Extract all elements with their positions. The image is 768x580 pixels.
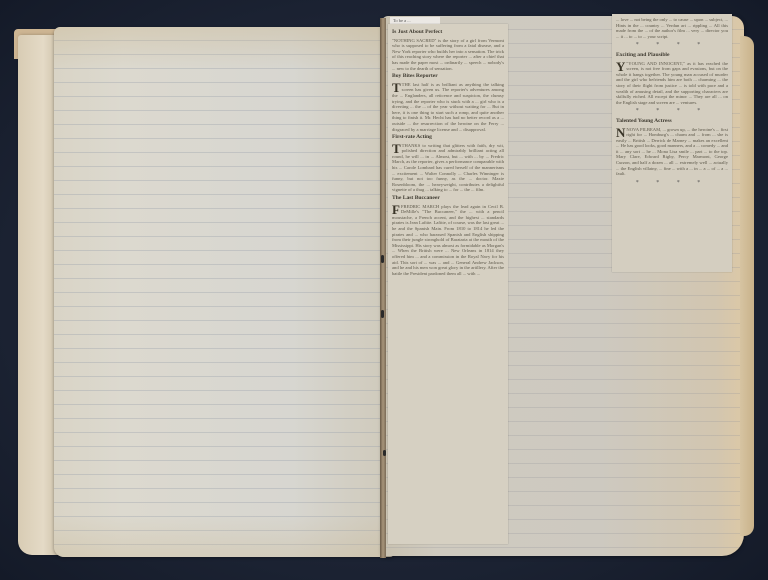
scrapbook-photo: To be a ... Is Just About Perfect "NOTHI…	[0, 0, 768, 580]
binding-ring	[381, 310, 384, 318]
clipping-text: F FREDRIC MARCH plays the lead again in …	[392, 204, 504, 277]
book-spine	[380, 18, 386, 558]
dropcap: T	[392, 143, 401, 154]
clipping-text: ... love ... not being the only ... to c…	[616, 17, 728, 39]
dropcap: F	[392, 204, 400, 215]
clipping-heading: Is Just About Perfect	[392, 30, 504, 36]
paper-tab-label: To be a ...	[390, 17, 440, 24]
dropcap: T	[392, 82, 401, 93]
clipping-text: Y "YOUNG AND INNOCENT," as it has reache…	[616, 61, 728, 106]
left-page-group	[10, 27, 388, 557]
clipping-heading: Boy Bites Reporter	[392, 74, 504, 80]
separator-stars: * * * *	[616, 181, 728, 187]
clipping-heading: Exciting and Plausible	[616, 53, 728, 59]
dropcap: N	[616, 127, 625, 138]
newspaper-clipping-column-3: ... love ... not being the only ... to c…	[612, 14, 732, 272]
separator-stars: * * * *	[616, 109, 728, 115]
clipping-text: T THANKS to writing that glitters with f…	[392, 143, 504, 193]
clipping-text: T THE last half is as brilliant as anyth…	[392, 82, 504, 132]
newspaper-clipping-column-1: Is Just About Perfect "NOTHING SACRED" i…	[388, 24, 508, 544]
clipping-text: "NOTHING SACRED" is the story of a girl …	[392, 38, 504, 72]
binding-ring	[383, 450, 386, 456]
clipping-heading: The Last Buccaneer	[392, 196, 504, 202]
binding-ring	[381, 255, 384, 263]
dropcap: Y	[616, 61, 625, 72]
clipping-heading: First-rate Acting	[392, 135, 504, 141]
right-page-edge	[740, 36, 754, 536]
clipping-text: N NOVA PILBEAM, ... grown up, ... the he…	[616, 127, 728, 177]
separator-stars: * * * *	[616, 43, 728, 49]
clipping-heading: Talented Young Actress	[616, 119, 728, 125]
left-blank-ruled-page	[54, 27, 394, 557]
